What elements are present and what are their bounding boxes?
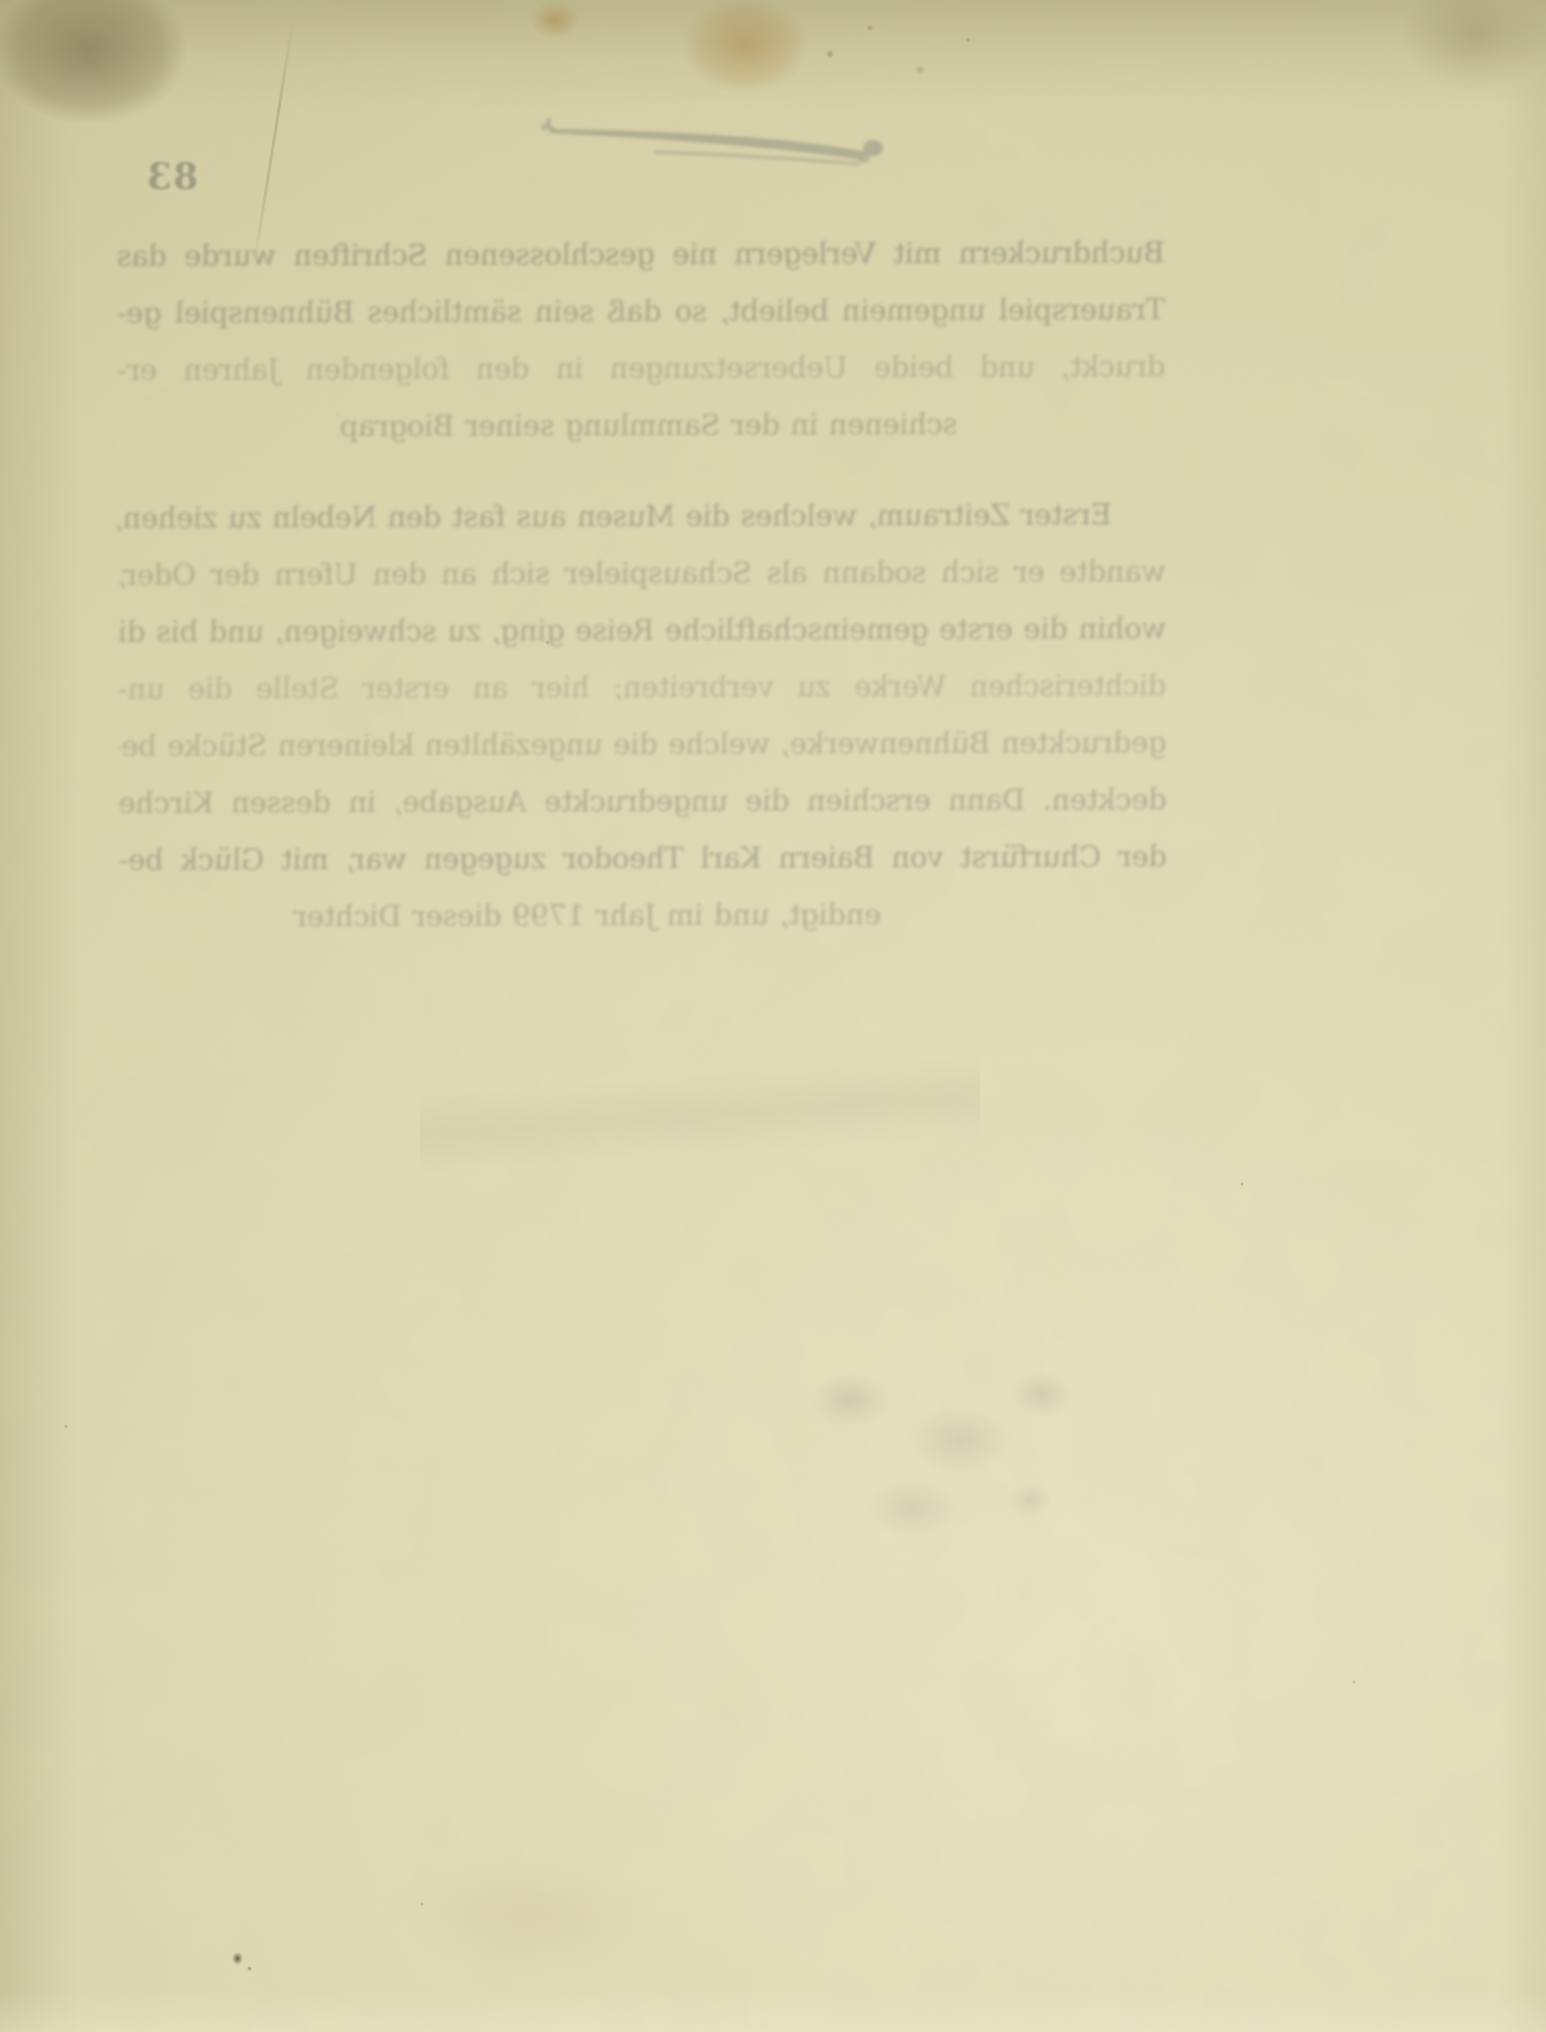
ornament-svg <box>538 118 886 172</box>
page-number-showthrough: 83 <box>146 156 198 198</box>
showthrough-line: gedruckten Bühnenwerke, welche die ungez… <box>118 714 1166 775</box>
scanned-book-page: 83 Buchdruckern mit Verlegern nie geschl… <box>0 0 1546 2032</box>
showthrough-text-block: Buchdruckern mit Verlegern nie geschloss… <box>117 224 1168 946</box>
ink-speck <box>247 1966 252 1971</box>
ink-speck <box>1240 1182 1244 1186</box>
showthrough-line: wohin die erste gemeinschaftliche Reise … <box>118 600 1166 661</box>
bottom-mottling-stain <box>360 1830 700 2000</box>
bottom-edge-highlight <box>0 1990 1546 2032</box>
ink-speck <box>1352 1680 1356 1684</box>
right-edge-shading <box>1500 0 1546 2032</box>
showthrough-line: Trauerspiel ungemein beliebt, so daß sei… <box>117 281 1165 342</box>
top-left-corner-stain <box>0 0 220 150</box>
ink-smudge-cluster <box>780 1330 1120 1580</box>
showthrough-line: deckten. Dann erschien die ungedruckte A… <box>119 771 1167 832</box>
top-edge-shading <box>0 0 1546 110</box>
faint-streak-stain <box>420 1040 980 1190</box>
showthrough-line: druckt, und beide Uebersetzungen in den … <box>117 338 1165 399</box>
left-edge-shading <box>0 0 80 2032</box>
swelled-rule-ornament-icon <box>538 118 886 172</box>
showthrough-line: Buchdruckern mit Verlegern nie geschloss… <box>117 224 1165 285</box>
showthrough-line: wandte er sich sodann als Schauspieler s… <box>118 543 1166 604</box>
ink-speck <box>232 1952 243 1965</box>
top-right-corner-shading <box>1376 0 1546 110</box>
showthrough-paragraph-1: Buchdruckern mit Verlegern nie geschloss… <box>117 224 1166 456</box>
ink-speck <box>420 1902 424 1906</box>
showthrough-line: dichterischen Werke zu verbreiten; hier … <box>118 657 1166 718</box>
ink-speck <box>64 1424 68 1429</box>
showthrough-paragraph-2: Erster Zeitraum, welches die Musen aus f… <box>118 486 1168 946</box>
showthrough-line: endigt, und im Jahr 1799 dieser Dichter … <box>286 886 881 945</box>
showthrough-line: Erster Zeitraum, welches die Musen aus f… <box>118 486 1166 547</box>
showthrough-line: schienen in der Sammlung seiner Biograph… <box>337 396 957 455</box>
showthrough-line: der Churfürst von Baiern Karl Theodor zu… <box>119 828 1167 889</box>
